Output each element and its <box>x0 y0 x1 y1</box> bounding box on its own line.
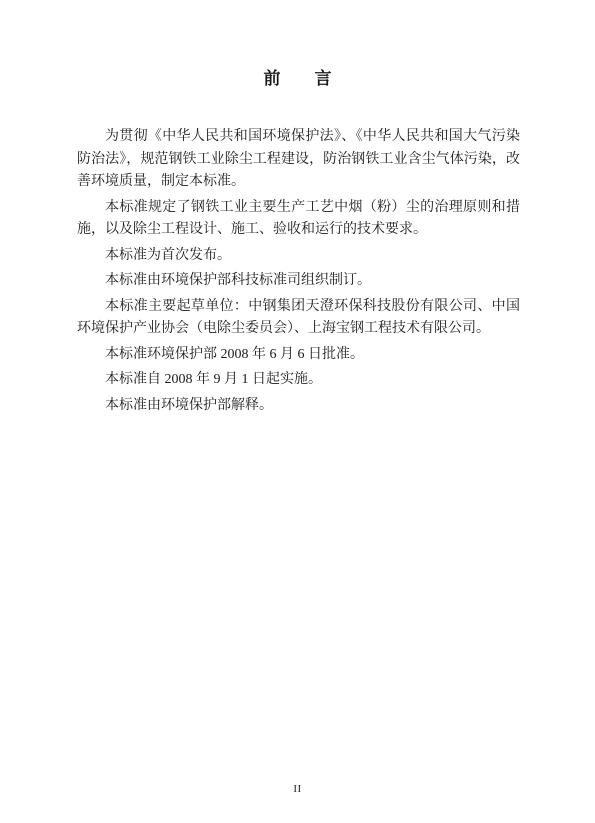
paragraph: 本标准主要起草单位：中钢集团天澄环保科技股份有限公司、中国环境保护产业协会（电除… <box>77 296 520 341</box>
paragraph: 本标准为首次发布。 <box>77 245 520 268</box>
page-title: 前 言 <box>0 0 595 90</box>
paragraph: 本标准规定了钢铁工业主要生产工艺中烟（粉）尘的治理原则和措施，以及除尘工程设计、… <box>77 197 520 242</box>
paragraph: 本标准由环境保护部科技标准司组织制订。 <box>77 270 520 293</box>
paragraph: 本标准环境保护部 2008 年 6 月 6 日批准。 <box>77 344 520 367</box>
document-page: 前 言 为贯彻《中华人民共和国环境保护法》、《中华人民共和国大气污染防治法》，规… <box>0 0 595 823</box>
paragraph: 本标准由环境保护部解释。 <box>77 395 520 418</box>
page-number: II <box>293 783 301 795</box>
paragraph: 本标准自 2008 年 9 月 1 日起实施。 <box>77 369 520 392</box>
page-footer: II <box>0 779 595 797</box>
paragraph: 为贯彻《中华人民共和国环境保护法》、《中华人民共和国大气污染防治法》，规范钢铁工… <box>77 126 520 194</box>
foreword-content: 为贯彻《中华人民共和国环境保护法》、《中华人民共和国大气污染防治法》，规范钢铁工… <box>77 126 520 417</box>
